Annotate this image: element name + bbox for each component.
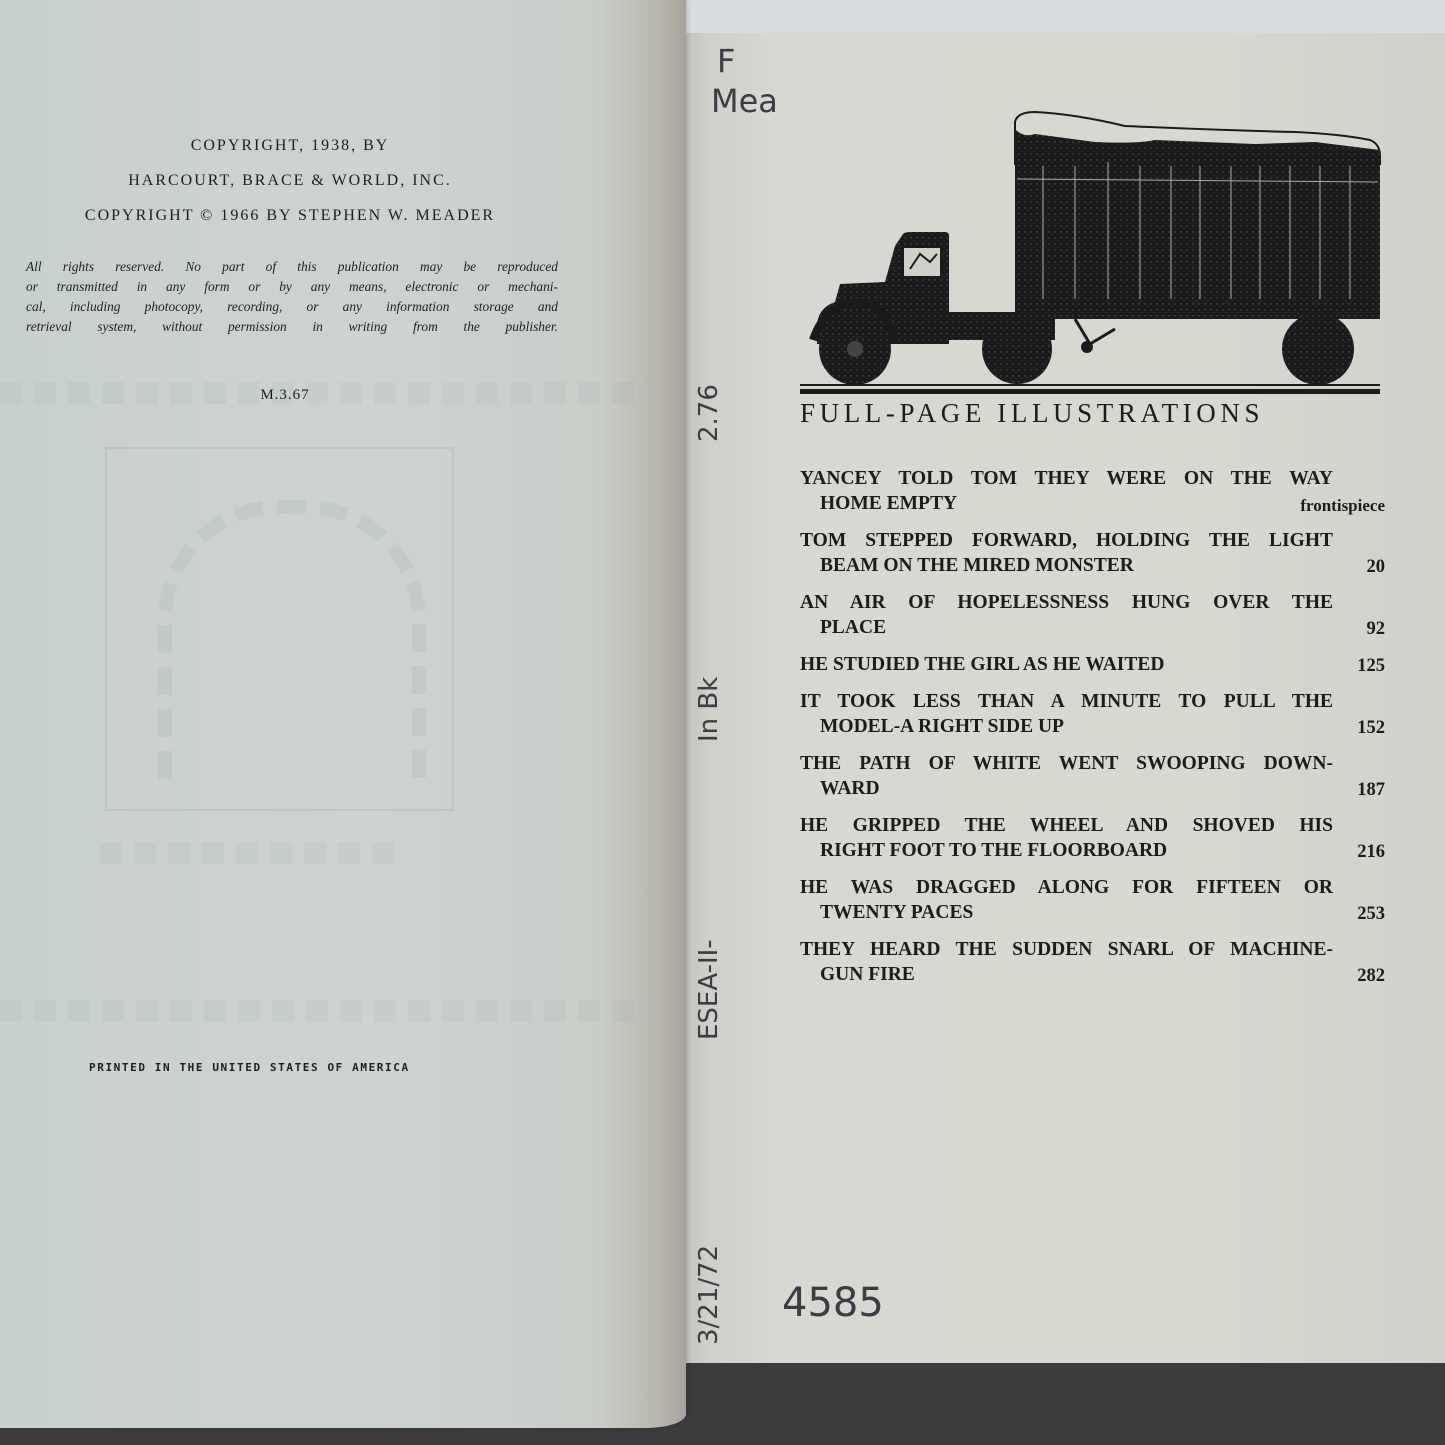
left-page-copyright: COPYRIGHT, 1938, BY HARCOURT, BRACE & WO… — [0, 0, 686, 1428]
entry-caption-cont: HOME EMPTY — [800, 491, 1333, 516]
entry-caption: TOM STEPPED FORWARD, HOLDING THE LIGHT — [800, 528, 1333, 553]
entry-page: 282 — [1357, 964, 1385, 989]
entry-caption: THEY HEARD THE SUDDEN SNARL OF MACHINE- — [800, 937, 1333, 962]
entry-caption: HE STUDIED THE GIRL AS HE WAITED — [800, 652, 1333, 677]
entry-page: 187 — [1357, 778, 1385, 803]
entry-caption: HE WAS DRAGGED ALONG FOR FIFTEEN OR — [800, 875, 1333, 900]
entry-caption-cont: MODEL-A RIGHT SIDE UP — [800, 714, 1333, 739]
entry-caption-cont: GUN FIRE — [800, 962, 1333, 987]
show-through-ornament — [158, 500, 426, 784]
handwritten-date: 3/21/72 — [694, 1245, 724, 1345]
copyright-line-1938: COPYRIGHT, 1938, BY — [0, 128, 580, 163]
show-through-text — [0, 1000, 640, 1022]
entry-caption: AN AIR OF HOPELESSNESS HUNG OVER THE — [800, 590, 1333, 615]
entry-caption: IT TOOK LESS THAN A MINUTE TO PULL THE — [800, 689, 1333, 714]
entry-page: 253 — [1357, 902, 1385, 927]
handwritten-funding: ESEA-II- — [694, 939, 724, 1040]
entry-caption-cont: RIGHT FOOT TO THE FLOORBOARD — [800, 838, 1333, 863]
truck-trailer-illustration-icon — [795, 104, 1385, 394]
entry-caption: HE GRIPPED THE WHEEL AND SHOVED HIS — [800, 813, 1333, 838]
list-item: THE PATH OF WHITE WENT SWOOPING DOWN- WA… — [800, 751, 1385, 801]
handwritten-location: In Bk — [694, 677, 724, 742]
entry-page: frontispiece — [1300, 493, 1385, 518]
entry-caption-cont: WARD — [800, 776, 1333, 801]
list-item: AN AIR OF HOPELESSNESS HUNG OVER THE PLA… — [800, 590, 1385, 640]
entry-page: 92 — [1367, 617, 1386, 642]
list-item: YANCEY TOLD TOM THEY WERE ON THE WAY HOM… — [800, 466, 1385, 516]
gutter-shadow — [596, 0, 686, 1428]
entry-caption-cont: PLACE — [800, 615, 1333, 640]
printed-in-notice: PRINTED IN THE UNITED STATES OF AMERICA — [89, 1061, 410, 1074]
rights-line: All rights reserved. No part of this pub… — [26, 257, 558, 277]
entry-caption: THE PATH OF WHITE WENT SWOOPING DOWN- — [800, 751, 1333, 776]
list-item: HE STUDIED THE GIRL AS HE WAITED 125 — [800, 652, 1385, 677]
handwritten-accession-number: 4585 — [782, 1280, 884, 1326]
print-code: M.3.67 — [0, 387, 570, 404]
entry-caption-cont: TWENTY PACES — [800, 900, 1333, 925]
rights-line: cal, including photocopy, recording, or … — [26, 297, 558, 317]
entry-page: 152 — [1357, 716, 1385, 741]
entry-page: 125 — [1357, 654, 1385, 679]
entry-page: 216 — [1357, 840, 1385, 865]
rights-reserved-notice: All rights reserved. No part of this pub… — [26, 257, 558, 337]
publisher-line: HARCOURT, BRACE & WORLD, INC. — [0, 163, 580, 198]
entry-caption-cont: BEAM ON THE MIRED MONSTER — [800, 553, 1333, 578]
rights-line: retrieval system, without permission in … — [26, 317, 558, 337]
handwritten-author-code: Mea — [711, 82, 778, 120]
list-item: THEY HEARD THE SUDDEN SNARL OF MACHINE- … — [800, 937, 1385, 987]
list-item: HE WAS DRAGGED ALONG FOR FIFTEEN OR TWEN… — [800, 875, 1385, 925]
handwritten-call-letter: F — [717, 42, 735, 80]
list-item: IT TOOK LESS THAN A MINUTE TO PULL THE M… — [800, 689, 1385, 739]
rights-line: or transmitted in any form or by any mea… — [26, 277, 558, 297]
handwritten-price: 2.76 — [694, 384, 724, 442]
page-title: FULL-PAGE ILLUSTRATIONS — [800, 398, 1264, 429]
illustrations-list: YANCEY TOLD TOM THEY WERE ON THE WAY HOM… — [800, 466, 1385, 999]
entry-page: 20 — [1367, 555, 1386, 580]
list-item: HE GRIPPED THE WHEEL AND SHOVED HIS RIGH… — [800, 813, 1385, 863]
entry-caption: YANCEY TOLD TOM THEY WERE ON THE WAY — [800, 466, 1333, 491]
show-through-text — [100, 842, 400, 864]
copyright-line-1966: COPYRIGHT © 1966 BY STEPHEN W. MEADER — [0, 198, 580, 233]
copyright-notice: COPYRIGHT, 1938, BY HARCOURT, BRACE & WO… — [0, 128, 580, 233]
list-item: TOM STEPPED FORWARD, HOLDING THE LIGHT B… — [800, 528, 1385, 578]
